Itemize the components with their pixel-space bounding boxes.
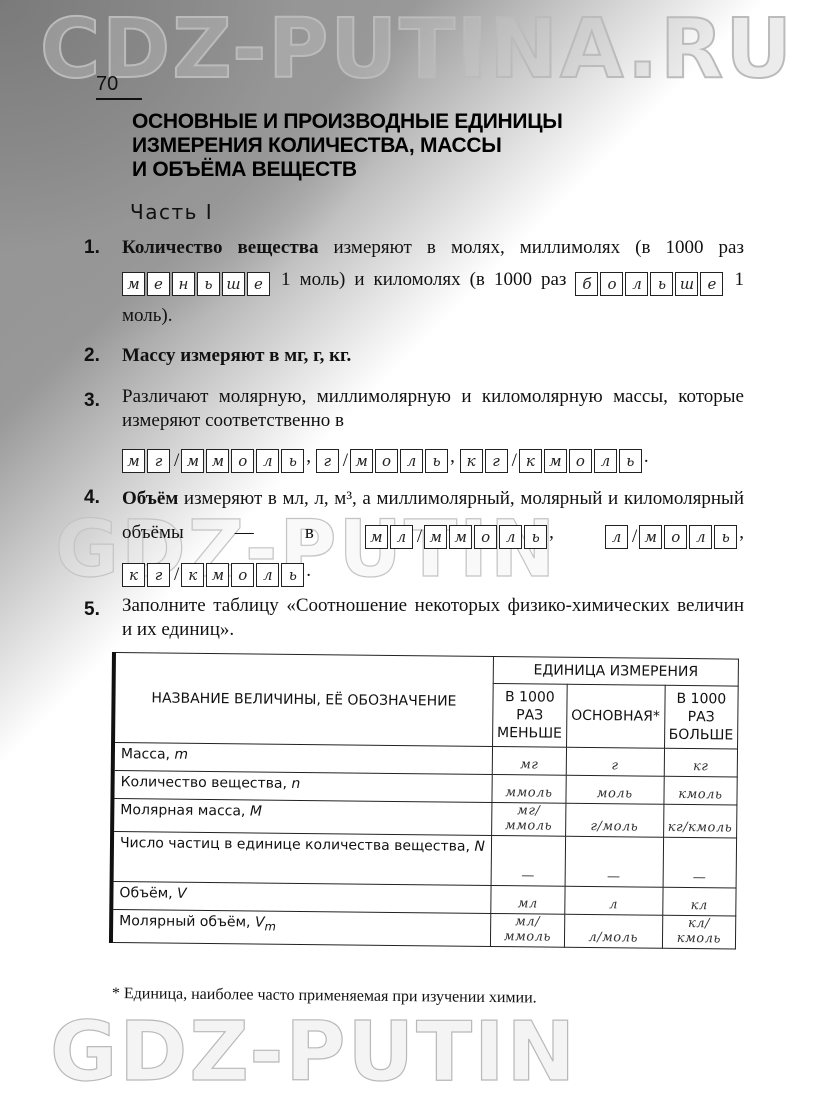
unit-larger[interactable]: кл/кмоль [662, 915, 736, 949]
slash: / [174, 445, 179, 477]
quantity-name: Количество вещества, n [112, 771, 492, 803]
letter-box[interactable]: м [544, 449, 567, 473]
letter-box[interactable]: ь [524, 525, 547, 549]
unit-answers[interactable]: мг/ммоль, г/моль, кг/кмоль. [122, 441, 744, 477]
letter-box[interactable]: о [600, 272, 623, 296]
unit-answer[interactable]: мл/ммоль [365, 520, 549, 554]
unit-larger[interactable]: кг/кмоль [663, 804, 737, 838]
unit-smaller[interactable]: мл [491, 885, 565, 914]
letter-box[interactable]: к [519, 449, 542, 473]
letter-box[interactable]: ь [197, 272, 220, 296]
letter-box[interactable]: м [350, 449, 373, 473]
watermark-bottom: GDZ-PUTIN [50, 1005, 577, 1094]
task-number: 3. [84, 385, 100, 417]
slash: / [632, 520, 637, 554]
letter-box[interactable]: м [206, 563, 229, 587]
unit-smaller[interactable]: мл/ммоль [490, 913, 564, 947]
letter-box[interactable]: о [569, 449, 592, 473]
term: Объём [122, 488, 178, 509]
letter-box[interactable]: ь [281, 449, 304, 473]
letter-box[interactable]: е [147, 272, 170, 296]
letter-box[interactable]: г [147, 449, 170, 473]
task-2: 2. Массу измеряют в мг, г, кг. [84, 340, 744, 372]
header-smaller: В 1000 РАЗ МЕНЬШЕ [492, 683, 567, 747]
quantity-symbol: V [177, 886, 187, 902]
letter-box[interactable]: г [147, 563, 170, 587]
unit-base[interactable]: л/моль [564, 914, 662, 948]
unit-base[interactable]: моль [566, 775, 664, 804]
title-line: И ОБЪЁМА ВЕЩЕСТВ [132, 158, 563, 182]
letter-box[interactable]: к [181, 563, 204, 587]
task-5: 5. Заполните таблицу «Соотношение некото… [84, 594, 744, 642]
letter-box[interactable]: ш [222, 272, 245, 296]
letter-box[interactable]: л [625, 272, 648, 296]
task-3: 3. Различают молярную, миллимолярную и к… [84, 385, 744, 477]
unit-smaller[interactable]: ммоль [492, 774, 566, 803]
quantity-name: Молярный объём, Vm [111, 910, 491, 947]
letter-box[interactable]: е [700, 272, 723, 296]
unit-answer[interactable]: л/моль [605, 520, 739, 554]
letter-box[interactable]: о [474, 525, 497, 549]
task-body: Заполните таблицу «Соотношение некоторых… [122, 594, 744, 642]
unit-larger[interactable]: — [663, 837, 737, 888]
answer-boxes[interactable]: меньше [122, 268, 272, 300]
letter-box[interactable]: л [689, 525, 712, 549]
letter-box[interactable]: о [231, 449, 254, 473]
letter-box[interactable]: ь [714, 525, 737, 549]
quantity-symbol: M [250, 803, 262, 819]
task-4: 4. Объём измеряют в мл, л, м³, а миллимо… [84, 482, 744, 592]
quantity-symbol: N [474, 839, 485, 855]
letter-box[interactable]: л [390, 525, 413, 549]
task-text: 1 моль) и киломолях (в 1000 раз [272, 269, 575, 290]
letter-box[interactable]: м [181, 449, 204, 473]
watermark-top: CDZ-PUTINA.RU [40, 2, 794, 97]
unit-larger[interactable]: кл [662, 887, 736, 916]
unit-base[interactable]: г/моль [565, 803, 663, 837]
quantity-name: Молярная масса, M [112, 799, 492, 836]
unit-answer[interactable]: кг/кмоль [460, 445, 644, 477]
letter-box[interactable]: ш [675, 272, 698, 296]
quantity-name: Объём, V [111, 882, 491, 914]
units-table: НАЗВАНИЕ ВЕЛИЧИНЫ, ЕЁ ОБОЗНАЧЕНИЕ ЕДИНИЦ… [109, 652, 739, 950]
quantity-name: Число частиц в единице количества вещест… [112, 832, 492, 886]
task-text: Заполните таблицу «Соотношение некоторых… [122, 595, 744, 640]
task-text: Различают молярную, миллимолярную и кило… [122, 386, 744, 431]
task-number: 5. [84, 594, 100, 626]
header-base: ОСНОВНАЯ* [566, 684, 664, 748]
footnote: * Единица, наиболее часто применяемая пр… [112, 985, 537, 1007]
task-1: 1. Количество вещества измеряют в молях,… [84, 232, 744, 332]
unit-smaller[interactable]: мг [492, 746, 566, 775]
unit-base[interactable]: л [565, 886, 663, 915]
term: Количество вещества [122, 237, 318, 258]
letter-box[interactable]: г [316, 449, 339, 473]
slash: / [417, 520, 422, 554]
task-text: Массу измеряют в мг, г, кг. [122, 345, 351, 366]
letter-box[interactable]: л [400, 449, 423, 473]
task-number: 1. [84, 232, 100, 264]
letter-box[interactable]: л [256, 449, 279, 473]
quantity-symbol: Vm [255, 915, 276, 931]
letter-box[interactable]: е [247, 272, 270, 296]
table-row: Молярный объём, Vmмл/ммольл/молькл/кмоль [111, 910, 736, 950]
unit-answer[interactable]: г/моль [316, 445, 450, 477]
table-row: Число частиц в единице количества вещест… [112, 832, 737, 889]
letter-box[interactable]: к [460, 449, 483, 473]
slash: / [174, 558, 179, 592]
letter-box[interactable]: м [365, 525, 388, 549]
letter-box[interactable]: ь [425, 449, 448, 473]
task-body: Массу измеряют в мг, г, кг. [122, 340, 744, 372]
slash: / [343, 445, 348, 477]
part-heading: Часть I [130, 200, 213, 224]
letter-box[interactable]: ь [619, 449, 642, 473]
unit-larger[interactable]: кмоль [663, 776, 737, 805]
task-number: 4. [84, 482, 100, 514]
page-title: ОСНОВНЫЕ И ПРОИЗВОДНЫЕ ЕДИНИЦЫ ИЗМЕРЕНИЯ… [132, 110, 563, 182]
unit-base[interactable]: г [566, 747, 664, 776]
letter-box[interactable]: н [172, 272, 195, 296]
answer-boxes[interactable]: больше [575, 268, 725, 300]
slash: / [512, 445, 517, 477]
header-unit-group: ЕДИНИЦА ИЗМЕРЕНИЯ [493, 656, 738, 686]
letter-box[interactable]: м [122, 449, 145, 473]
task-body: Объём измеряют в мл, л, м³, а миллимоляр… [122, 482, 744, 592]
task-body: Количество вещества измеряют в молях, ми… [122, 232, 744, 332]
page-number: 70 [96, 73, 142, 100]
header-quantity-name: НАЗВАНИЕ ВЕЛИЧИНЫ, ЕЁ ОБОЗНАЧЕНИЕ [113, 653, 493, 747]
title-line: ИЗМЕРЕНИЯ КОЛИЧЕСТВА, МАССЫ [132, 134, 563, 158]
letter-box[interactable]: г [485, 449, 508, 473]
letter-box[interactable]: м [424, 525, 447, 549]
task-number: 2. [84, 340, 100, 372]
task-text: измеряют в молях, миллимолях (в 1000 раз [318, 237, 744, 258]
unit-smaller[interactable]: мг/ммоль [492, 802, 566, 836]
title-line: ОСНОВНЫЕ И ПРОИЗВОДНЫЕ ЕДИНИЦЫ [132, 110, 563, 134]
letter-box[interactable]: л [605, 525, 628, 549]
unit-smaller[interactable]: — [491, 835, 565, 886]
letter-box[interactable]: м [206, 449, 229, 473]
letter-box[interactable]: ь [281, 563, 304, 587]
letter-box[interactable]: м [449, 525, 472, 549]
letter-box[interactable]: м [122, 272, 145, 296]
quantity-symbol: m [174, 747, 188, 763]
letter-box[interactable]: о [231, 563, 254, 587]
letter-box[interactable]: ь [650, 272, 673, 296]
task-body: Различают молярную, миллимолярную и кило… [122, 385, 744, 477]
letter-box[interactable]: л [499, 525, 522, 549]
unit-base[interactable]: — [565, 836, 663, 887]
unit-larger[interactable]: кг [664, 748, 738, 777]
letter-box[interactable]: б [575, 272, 598, 296]
letter-box[interactable]: л [256, 563, 279, 587]
quantity-symbol: n [291, 776, 300, 792]
letter-box[interactable]: о [664, 525, 687, 549]
letter-box[interactable]: м [639, 525, 662, 549]
unit-answer[interactable]: мг/ммоль [122, 445, 306, 477]
quantity-name: Масса, m [113, 743, 493, 775]
header-larger: В 1000 РАЗ БОЛЬШЕ [664, 685, 738, 749]
letter-box[interactable]: к [122, 563, 145, 587]
letter-box[interactable]: л [594, 449, 617, 473]
letter-box[interactable]: о [375, 449, 398, 473]
unit-answer[interactable]: кг/кмоль [122, 558, 306, 592]
